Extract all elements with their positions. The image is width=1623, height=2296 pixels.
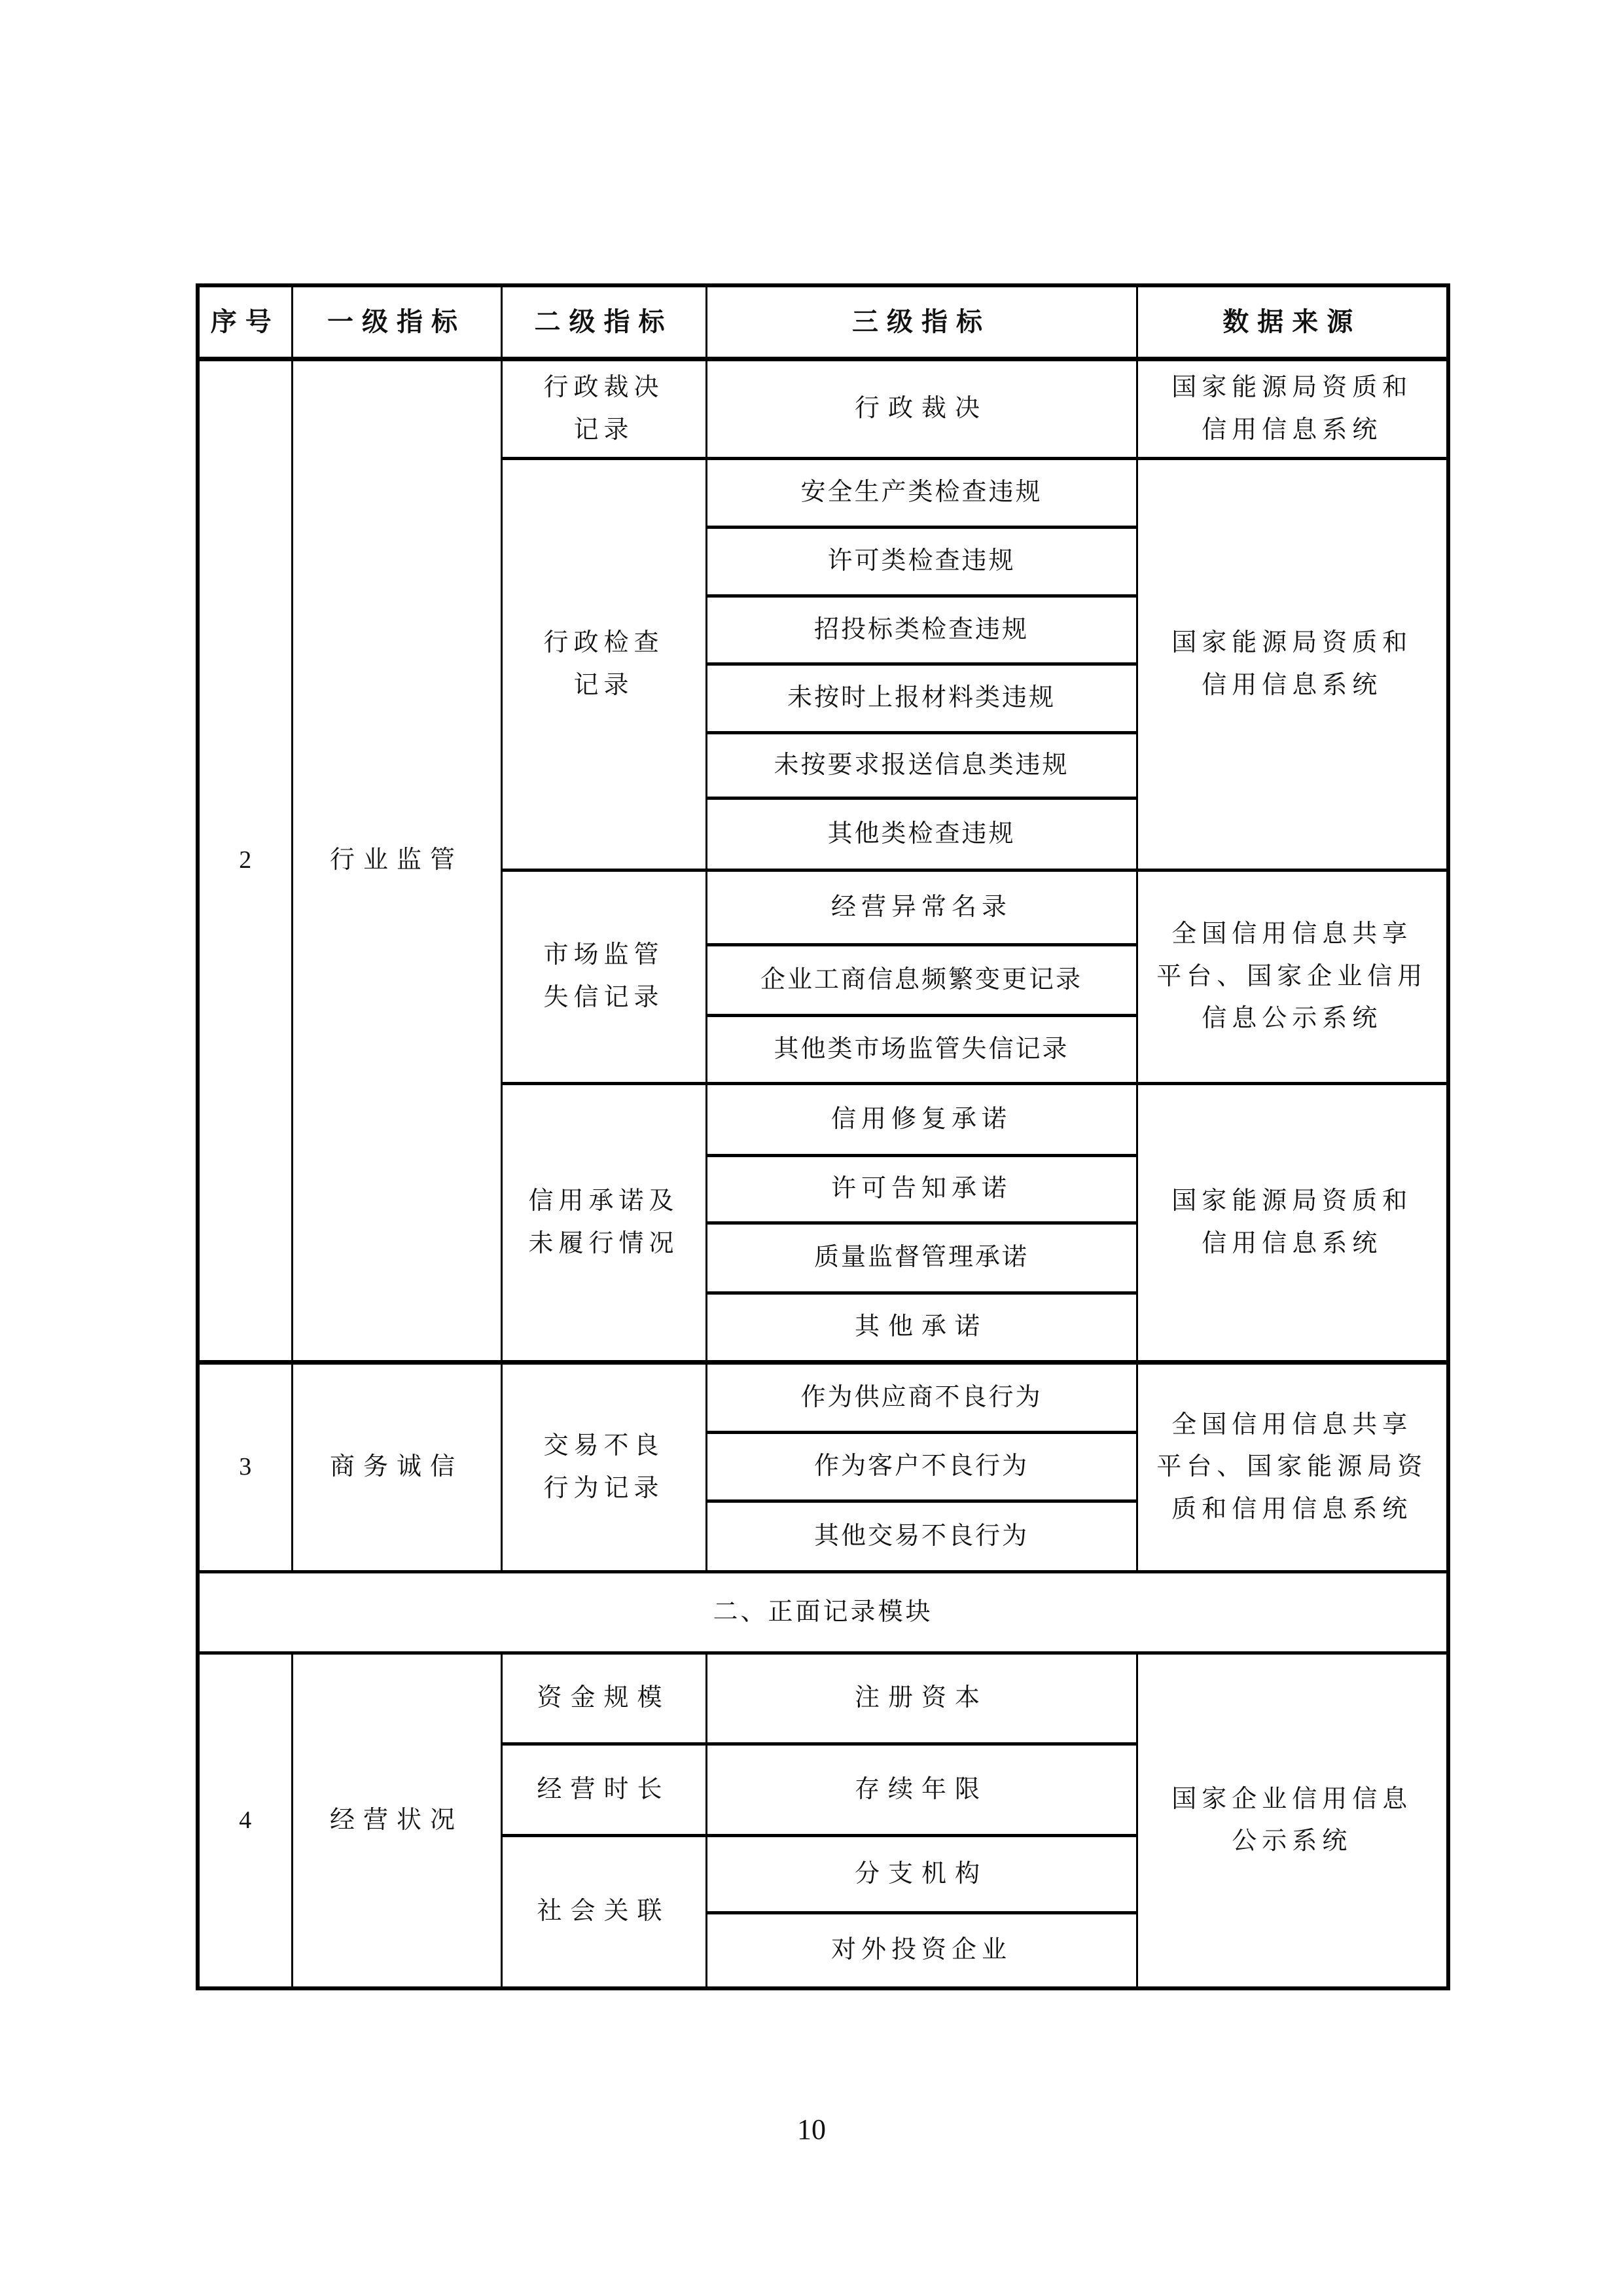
level2-cell: 市场监管 失信记录 xyxy=(501,870,706,1083)
level3-cell: 分支机构 xyxy=(706,1835,1137,1912)
level3-cell: 经营异常名录 xyxy=(706,870,1137,944)
level2-cell: 行政裁决 记录 xyxy=(501,359,706,458)
section-band-row: 二、正面记录模块 xyxy=(198,1571,1448,1653)
document-page: 序号 一级指标 二级指标 三级指标 数据来源 2 行业监管 行政裁决 记录 行政… xyxy=(0,0,1623,2296)
level2-cell: 交易不良 行为记录 xyxy=(501,1362,706,1571)
header-row: 序号 一级指标 二级指标 三级指标 数据来源 xyxy=(198,285,1448,359)
level3-cell: 存续年限 xyxy=(706,1744,1137,1835)
level3-cell: 企业工商信息频繁变更记录 xyxy=(706,944,1137,1015)
page-number: 10 xyxy=(0,2113,1623,2146)
header-cell-level2: 二级指标 xyxy=(501,285,706,359)
level3-cell: 注册资本 xyxy=(706,1653,1137,1744)
level3-cell: 其他承诺 xyxy=(706,1293,1137,1362)
source-cell: 国家企业信用信息 公示系统 xyxy=(1137,1653,1448,1988)
level3-cell: 作为客户不良行为 xyxy=(706,1432,1137,1501)
level1-cell: 商务诚信 xyxy=(292,1362,501,1571)
header-cell-source: 数据来源 xyxy=(1137,285,1448,359)
level2-cell: 资金规模 xyxy=(501,1653,706,1744)
table-row: 3 商务诚信 交易不良 行为记录 作为供应商不良行为 全国信用信息共享 平台、国… xyxy=(198,1362,1448,1432)
level2-cell: 行政检查 记录 xyxy=(501,458,706,870)
level3-cell: 作为供应商不良行为 xyxy=(706,1362,1137,1432)
source-cell: 国家能源局资质和 信用信息系统 xyxy=(1137,458,1448,870)
level3-cell: 未按要求报送信息类违规 xyxy=(706,732,1137,798)
level3-cell: 许可告知承诺 xyxy=(706,1155,1137,1223)
header-cell-no: 序号 xyxy=(198,285,292,359)
level1-cell: 行业监管 xyxy=(292,359,501,1362)
table-row: 2 行业监管 行政裁决 记录 行政裁决 国家能源局资质和 信用信息系统 xyxy=(198,359,1448,458)
source-cell: 国家能源局资质和 信用信息系统 xyxy=(1137,359,1448,458)
level3-cell: 招投标类检查违规 xyxy=(706,596,1137,664)
section-band: 二、正面记录模块 xyxy=(198,1571,1448,1653)
level3-cell: 其他类检查违规 xyxy=(706,798,1137,870)
source-cell: 全国信用信息共享 平台、国家企业信用 信息公示系统 xyxy=(1137,870,1448,1083)
level3-cell: 安全生产类检查违规 xyxy=(706,458,1137,527)
level3-cell: 质量监督管理承诺 xyxy=(706,1223,1137,1293)
level2-cell: 社会关联 xyxy=(501,1835,706,1988)
source-cell: 全国信用信息共享 平台、国家能源局资 质和信用信息系统 xyxy=(1137,1362,1448,1571)
row-no: 3 xyxy=(198,1362,292,1571)
level3-cell: 其他类市场监管失信记录 xyxy=(706,1015,1137,1083)
level3-cell: 其他交易不良行为 xyxy=(706,1501,1137,1571)
level3-cell: 信用修复承诺 xyxy=(706,1083,1137,1155)
level2-cell: 信用承诺及 未履行情况 xyxy=(501,1083,706,1362)
indicator-table: 序号 一级指标 二级指标 三级指标 数据来源 2 行业监管 行政裁决 记录 行政… xyxy=(196,283,1450,1990)
level3-cell: 许可类检查违规 xyxy=(706,527,1137,596)
source-cell: 国家能源局资质和 信用信息系统 xyxy=(1137,1083,1448,1362)
table-row: 4 经营状况 资金规模 注册资本 国家企业信用信息 公示系统 xyxy=(198,1653,1448,1744)
level3-cell: 未按时上报材料类违规 xyxy=(706,664,1137,732)
header-cell-level1: 一级指标 xyxy=(292,285,501,359)
row-no: 4 xyxy=(198,1653,292,1988)
row-no: 2 xyxy=(198,359,292,1362)
level1-cell: 经营状况 xyxy=(292,1653,501,1988)
level3-cell: 对外投资企业 xyxy=(706,1912,1137,1988)
level2-cell: 经营时长 xyxy=(501,1744,706,1835)
header-cell-level3: 三级指标 xyxy=(706,285,1137,359)
level3-cell: 行政裁决 xyxy=(706,359,1137,458)
